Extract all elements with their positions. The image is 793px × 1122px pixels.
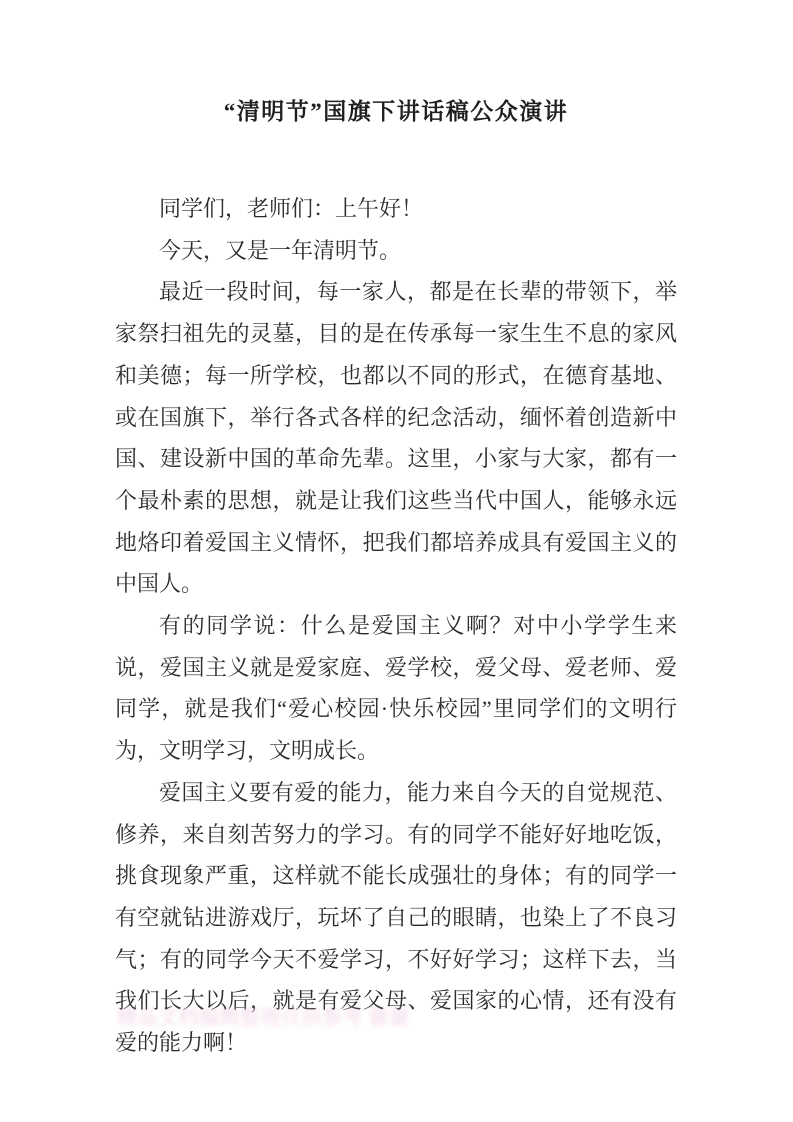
paragraph-greeting: 同学们，老师们：上午好！	[115, 188, 677, 230]
paragraph-body-1: 最近一段时间，每一家人，都是在长辈的带领下，举家祭扫祖先的灵墓，目的是在传承每一…	[115, 271, 677, 605]
document-body: 同学们，老师们：上午好！ 今天，又是一年清明节。 最近一段时间，每一家人，都是在…	[115, 188, 677, 1064]
footer-watermark: 精品文档编辑整理仅供参考 谢谢	[117, 1001, 410, 1030]
paragraph-intro: 今天，又是一年清明节。	[115, 230, 677, 272]
document-page: “清明节”国旗下讲话稿公众演讲 同学们，老师们：上午好！ 今天，又是一年清明节。…	[0, 0, 793, 1122]
document-title: “清明节”国旗下讲话稿公众演讲	[115, 97, 677, 127]
paragraph-body-2: 有的同学说：什么是爱国主义啊？对中小学学生来说，爱国主义就是爱家庭、爱学校，爱父…	[115, 605, 677, 772]
